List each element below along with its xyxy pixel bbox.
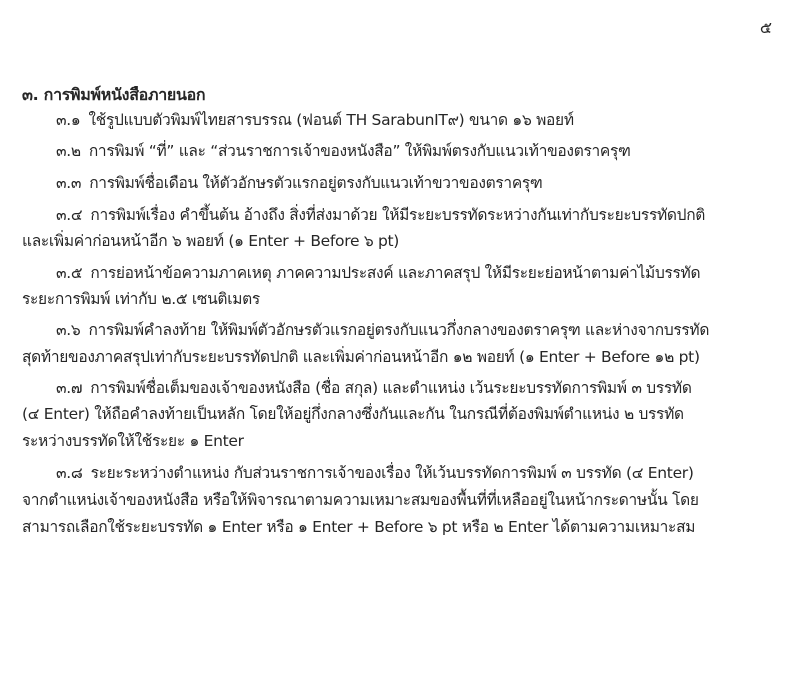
item-3-8-cont-2: สามารถเลือกใช้ระยะบรรทัด ๑ Enter หรือ ๑ … xyxy=(22,514,695,539)
item-3-3: ๓.๓การพิมพ์ชื่อเดือน ให้ตัวอักษรตัวแรกอย… xyxy=(56,170,542,195)
item-text: การพิมพ์เรื่อง คำขึ้นต้น อ้างถึง สิ่งที่… xyxy=(90,206,705,224)
item-3-6-cont: สุดท้ายของภาคสรุปเท่ากับระยะบรรทัดปกติ แ… xyxy=(22,344,700,369)
item-3-2: ๓.๒การพิมพ์ “ที่” และ “ส่วนราชการเจ้าของ… xyxy=(56,138,631,163)
item-text: ระยะระหว่างตำแหน่ง กับส่วนราชการเจ้าของเ… xyxy=(91,464,694,482)
item-3-4: ๓.๔การพิมพ์เรื่อง คำขึ้นต้น อ้างถึง สิ่ง… xyxy=(56,202,705,227)
item-text: การย่อหน้าข้อความภาคเหตุ ภาคความประสงค์ … xyxy=(90,264,700,282)
item-number: ๓.๖ xyxy=(56,321,80,339)
item-number: ๓.๔ xyxy=(56,206,82,224)
item-text: ใช้รูปแบบตัวพิมพ์ไทยสารบรรณ (ฟอนต์ TH Sa… xyxy=(88,111,573,129)
item-3-7: ๓.๗การพิมพ์ชื่อเต็มของเจ้าของหนังสือ (ชื… xyxy=(56,375,692,400)
item-3-1: ๓.๑ใช้รูปแบบตัวพิมพ์ไทยสารบรรณ (ฟอนต์ TH… xyxy=(56,107,574,132)
item-3-8: ๓.๘ระยะระหว่างตำแหน่ง กับส่วนราชการเจ้าข… xyxy=(56,460,694,485)
item-3-4-cont: และเพิ่มค่าก่อนหน้าอีก ๖ พอยท์ (๑ Enter … xyxy=(22,228,399,253)
item-3-5-cont: ระยะการพิมพ์ เท่ากับ ๒.๕ เซนติเมตร xyxy=(22,286,260,311)
item-number: ๓.๒ xyxy=(56,142,81,160)
item-number: ๓.๕ xyxy=(56,264,82,282)
section-heading: ๓. การพิมพ์หนังสือภายนอก xyxy=(22,83,205,108)
item-number: ๓.๘ xyxy=(56,464,83,482)
item-number: ๓.๑ xyxy=(56,111,80,129)
item-text: การพิมพ์ชื่อเต็มของเจ้าของหนังสือ (ชื่อ … xyxy=(90,379,691,397)
item-3-7-cont-1: (๔ Enter) ให้ถือคำลงท้ายเป็นหลัก โดยให้อ… xyxy=(22,401,684,426)
page-number: ๕ xyxy=(760,16,772,41)
item-number: ๓.๗ xyxy=(56,379,82,397)
item-number: ๓.๓ xyxy=(56,174,81,192)
item-3-5: ๓.๕การย่อหน้าข้อความภาคเหตุ ภาคความประสง… xyxy=(56,260,700,285)
item-text: การพิมพ์คำลงท้าย ให้พิมพ์ตัวอักษรตัวแรกอ… xyxy=(88,321,709,339)
item-3-7-cont-2: ระหว่างบรรทัดให้ใช้ระยะ ๑ Enter xyxy=(22,428,244,453)
item-text: การพิมพ์ชื่อเดือน ให้ตัวอักษรตัวแรกอยู่ต… xyxy=(89,174,542,192)
item-text: การพิมพ์ “ที่” และ “ส่วนราชการเจ้าของหนั… xyxy=(89,142,631,160)
item-3-6: ๓.๖การพิมพ์คำลงท้าย ให้พิมพ์ตัวอักษรตัวแ… xyxy=(56,317,709,342)
item-3-8-cont-1: จากตำแหน่งเจ้าของหนังสือ หรือให้พิจารณาต… xyxy=(22,487,699,512)
